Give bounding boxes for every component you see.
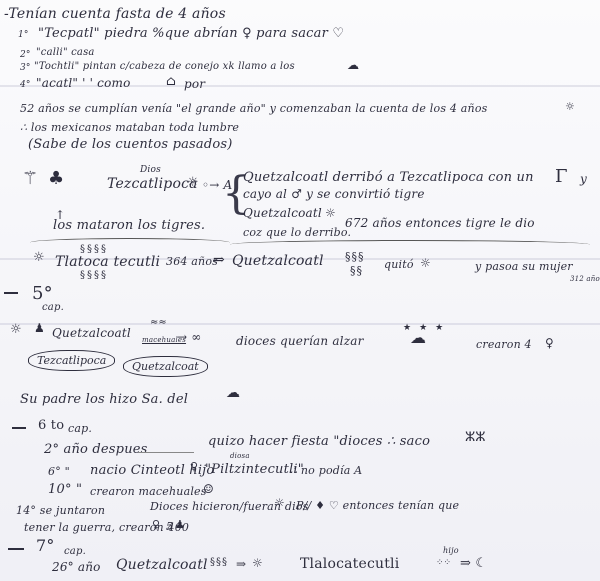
tlaloc-arrow: ⇒ bbox=[213, 252, 225, 268]
person-icon: ♟ bbox=[175, 518, 185, 531]
cap6-year-6: 6° " bbox=[48, 465, 70, 478]
plant-glyph-icon: ⵣⵣ bbox=[465, 430, 486, 445]
year-text: "Tochtli" pintan c/cabeza de conejo xk l… bbox=[34, 61, 295, 72]
quetzal-line-1-end: y bbox=[580, 172, 587, 186]
water-glyph-icon: ≈≈ bbox=[150, 317, 167, 328]
cap5-crearon: crearon 4 bbox=[476, 338, 532, 351]
cap7-hijo: hijo bbox=[443, 546, 459, 555]
person-icon: ♟ bbox=[34, 321, 45, 335]
cap6-text-2: quizo hacer fiesta "dioces ∴ saco bbox=[208, 434, 430, 449]
year-text: "acatl" ' ' como bbox=[36, 76, 131, 90]
water-glyphs-icon: §§§ bbox=[210, 557, 228, 568]
killed-by-tigers: los mataron los tigres. bbox=[53, 218, 205, 233]
water-glyphs-icon: §§§§ bbox=[80, 270, 108, 281]
cap7-label: 7° bbox=[36, 536, 55, 555]
mexicanos-line: ∴ los mexicanos mataban toda lumbre bbox=[20, 121, 239, 134]
cap6-cap: cap. bbox=[68, 422, 92, 435]
dios-label: Dios bbox=[140, 165, 161, 175]
section-dash bbox=[8, 548, 24, 550]
cap6-end-war: 5 bbox=[166, 520, 173, 533]
note-title: -Tenían cuenta fasta de 4 años bbox=[4, 6, 226, 22]
cloud-icon: ☁ bbox=[410, 328, 426, 347]
cap5-cap: cap. bbox=[42, 302, 64, 313]
quetzal-line-2: cayo al ♂ y se convirtió tigre bbox=[243, 187, 425, 201]
cap6-text-10: crearon macehuales bbox=[90, 485, 207, 498]
thought-cloud-quetzalcoat: Quetzalcoat bbox=[123, 356, 208, 377]
cloud-icon: ☁ bbox=[226, 385, 240, 401]
thought-cloud-tezcatlipoca: Tezcatlipoca bbox=[28, 350, 115, 371]
sun-icon: ☼ bbox=[252, 556, 263, 570]
pasadas-line: (Sabe de los cuentos pasados) bbox=[28, 137, 233, 152]
tlaloc-name: Tlatoca tecutli bbox=[55, 254, 160, 270]
cap6-end-14: P// ♦ ♡ entonces tenían que bbox=[296, 499, 459, 512]
cycle-symbol-icon: ☼ bbox=[565, 100, 575, 113]
sun-icon: ☼ bbox=[10, 322, 22, 337]
cap6-small-6: diosa bbox=[230, 452, 250, 460]
quetzal-line-3b: 672 años entonces tigre le dio bbox=[345, 216, 535, 230]
cap6-text-war: tener la guerra, crearon 400 bbox=[24, 521, 189, 534]
cycle-line: 52 años se cumplían venía "el grande año… bbox=[20, 102, 488, 115]
padre-line: Su padre los hizo Sa. del bbox=[20, 392, 188, 407]
tlaloc-quito: quitó bbox=[384, 258, 414, 271]
cap6-year-14: 14° se juntaron bbox=[16, 504, 105, 517]
rain-glyphs-icon: §§§ bbox=[345, 250, 365, 263]
year-number: 1° bbox=[18, 30, 29, 40]
divider-wave bbox=[30, 238, 230, 247]
female-icon: ♀ bbox=[545, 336, 554, 350]
cap5-quetzal: Quetzalcoatl bbox=[52, 326, 131, 340]
cap7-year: 26° año bbox=[52, 560, 101, 574]
year-text: "Tecpatl" piedra %que abrían ♀ para saca… bbox=[38, 26, 344, 41]
year-text: "calli" casa bbox=[36, 47, 95, 58]
cap5-arrow: → ∞ bbox=[177, 330, 201, 344]
tree-icon: ♣ bbox=[48, 168, 64, 189]
notebook-page: -Tenían cuenta fasta de 4 años 1° "Tecpa… bbox=[0, 0, 600, 581]
quetzal-line-3a: Quetzalcoatl bbox=[243, 206, 322, 220]
paper-fold bbox=[0, 323, 600, 325]
staff-icon: Γ bbox=[555, 166, 568, 187]
cap7-arrow: ⇒ bbox=[236, 557, 246, 571]
section-dash bbox=[12, 427, 26, 429]
year-number: 4° bbox=[20, 80, 31, 90]
cap7-quetzal: Quetzalcoatl bbox=[116, 557, 208, 573]
house-icon: ⌂ bbox=[166, 74, 176, 89]
sun-icon: ☼ bbox=[274, 496, 285, 510]
divider-wave bbox=[230, 240, 590, 249]
tlaloc-years: 364 años bbox=[166, 255, 218, 268]
cap5-rest: dioces querían alzar bbox=[236, 334, 364, 348]
cap5-label: 5° bbox=[32, 283, 53, 304]
stars-icon: ⁘⁘ bbox=[436, 558, 451, 568]
sun-icon: ☼ bbox=[325, 206, 336, 220]
tlaloc-small: 312 años bbox=[570, 275, 600, 283]
rain-glyphs-icon: §§ bbox=[350, 264, 363, 277]
cap7-tlaloc: Tlalocatecutli bbox=[300, 556, 399, 572]
cloud-glyph-icon: ☁ bbox=[347, 58, 359, 72]
cap6-end-6: ∴ no podía A bbox=[290, 464, 362, 477]
sun-icon: ☼ bbox=[33, 250, 45, 265]
eagle-icon: ⚚ bbox=[22, 168, 38, 189]
cap6-year-10: 10° " bbox=[48, 482, 82, 497]
year-number: 2° bbox=[20, 50, 31, 60]
cap7-cap: cap. bbox=[64, 546, 86, 557]
tlaloc-quetzal: Quetzalcoatl bbox=[232, 253, 324, 269]
quetzal-line-4: coz que lo derribo. bbox=[243, 226, 351, 239]
tlaloc-rest: y pasoa su mujer bbox=[475, 260, 573, 273]
year-text-extra: por bbox=[184, 77, 205, 91]
face-glyph-icon: ☺ bbox=[203, 482, 214, 496]
sun-icon: ☼ bbox=[187, 175, 199, 190]
female-icon: ♀ bbox=[152, 518, 160, 531]
section-dash bbox=[4, 292, 18, 294]
water-glyphs-icon: §§§§ bbox=[80, 244, 108, 255]
sun-icon: ☼ bbox=[420, 256, 431, 270]
year-number: 3° bbox=[20, 63, 31, 73]
female-icon: ♀ bbox=[190, 460, 198, 473]
cap7-end: ⇒ ☾ bbox=[460, 556, 487, 571]
cap6-year-2: 2° año despues bbox=[44, 442, 148, 457]
cap6-label: 6 to bbox=[38, 418, 64, 433]
quetzal-line-1: Quetzalcoatl derribó a Tezcatlipoca con … bbox=[243, 170, 534, 185]
underline bbox=[138, 452, 194, 453]
tezcatlipoca-name: Tezcatlipoca bbox=[107, 176, 198, 192]
